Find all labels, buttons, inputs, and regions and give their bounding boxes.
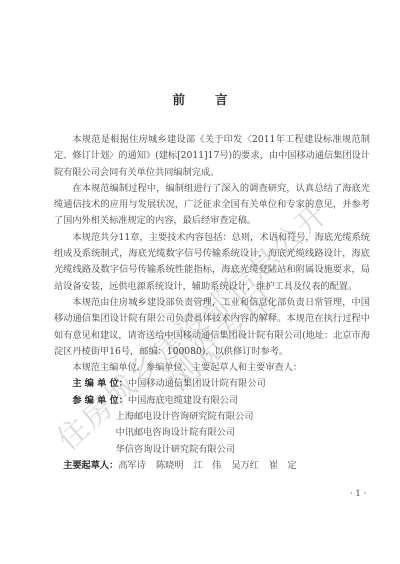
drafter-name: 江 伟 <box>194 460 222 471</box>
drafters-label: 主要起草人： <box>63 460 118 471</box>
chief-unit-row: 主 编 单 位：中国移动通信集团设计院有限公司 <box>72 376 370 392</box>
paragraph-process: 在本规范编制过程中，编制组进行了深入的调查研究，认真总结了海底光缆通信技术的应用… <box>54 181 370 230</box>
drafter-name: 高军诗 <box>118 460 146 471</box>
paragraph-contents: 本规范共分11章，主要技术内容包括：总则，术语和符号，海底光缆系统组成及系统制式… <box>54 230 370 295</box>
participating-unit-label: 参 编 单 位： <box>72 395 128 406</box>
drafter-name: 吴万红 <box>231 460 259 471</box>
participating-unit-value: 中国海底电缆建设有限公司 <box>128 395 238 406</box>
page-title: 前言 <box>0 90 400 108</box>
title-char-1: 前 <box>172 90 185 108</box>
preface-body: 本规范是根据住房城乡建设部《关于印发〈2011年工程建设标准规范制定、修订计划〉… <box>54 132 370 474</box>
participating-unit-row: 参 编 单 位：中国海底电缆建设有限公司 <box>72 393 370 409</box>
chief-unit-label: 主 编 单 位： <box>72 378 128 389</box>
document-page: 住房城乡建设部信息公开 浏览专用 前言 本规范是根据住房城乡建设部《关于印发〈2… <box>0 0 400 564</box>
drafters-row: 主要起草人：高军诗陈晓明江 伟吴万红崔 定 <box>63 458 370 474</box>
chief-unit-value: 中国移动通信集团设计院有限公司 <box>128 378 266 389</box>
participating-unit-value: 中讯邮电咨询设计院有限公司 <box>116 425 370 441</box>
participating-unit-value: 上海邮电设计咨询研究院有限公司 <box>116 409 370 425</box>
drafter-name: 崔 定 <box>269 460 297 471</box>
drafter-name: 陈晓明 <box>156 460 184 471</box>
title-char-2: 言 <box>215 90 228 108</box>
page-number: · 1 · <box>350 489 366 499</box>
paragraph-contributors-intro: 本规范主编单位、参编单位、主要起草人和主要审查人： <box>54 360 370 376</box>
paragraph-basis: 本规范是根据住房城乡建设部《关于印发〈2011年工程建设标准规范制定、修订计划〉… <box>54 132 370 181</box>
paragraph-management: 本规范由住房城乡建设部负责管理，工业和信息化部负责日常管理，中国移动通信集团设计… <box>54 295 370 360</box>
participating-unit-value: 华信咨询设计研究院有限公司 <box>116 442 370 458</box>
